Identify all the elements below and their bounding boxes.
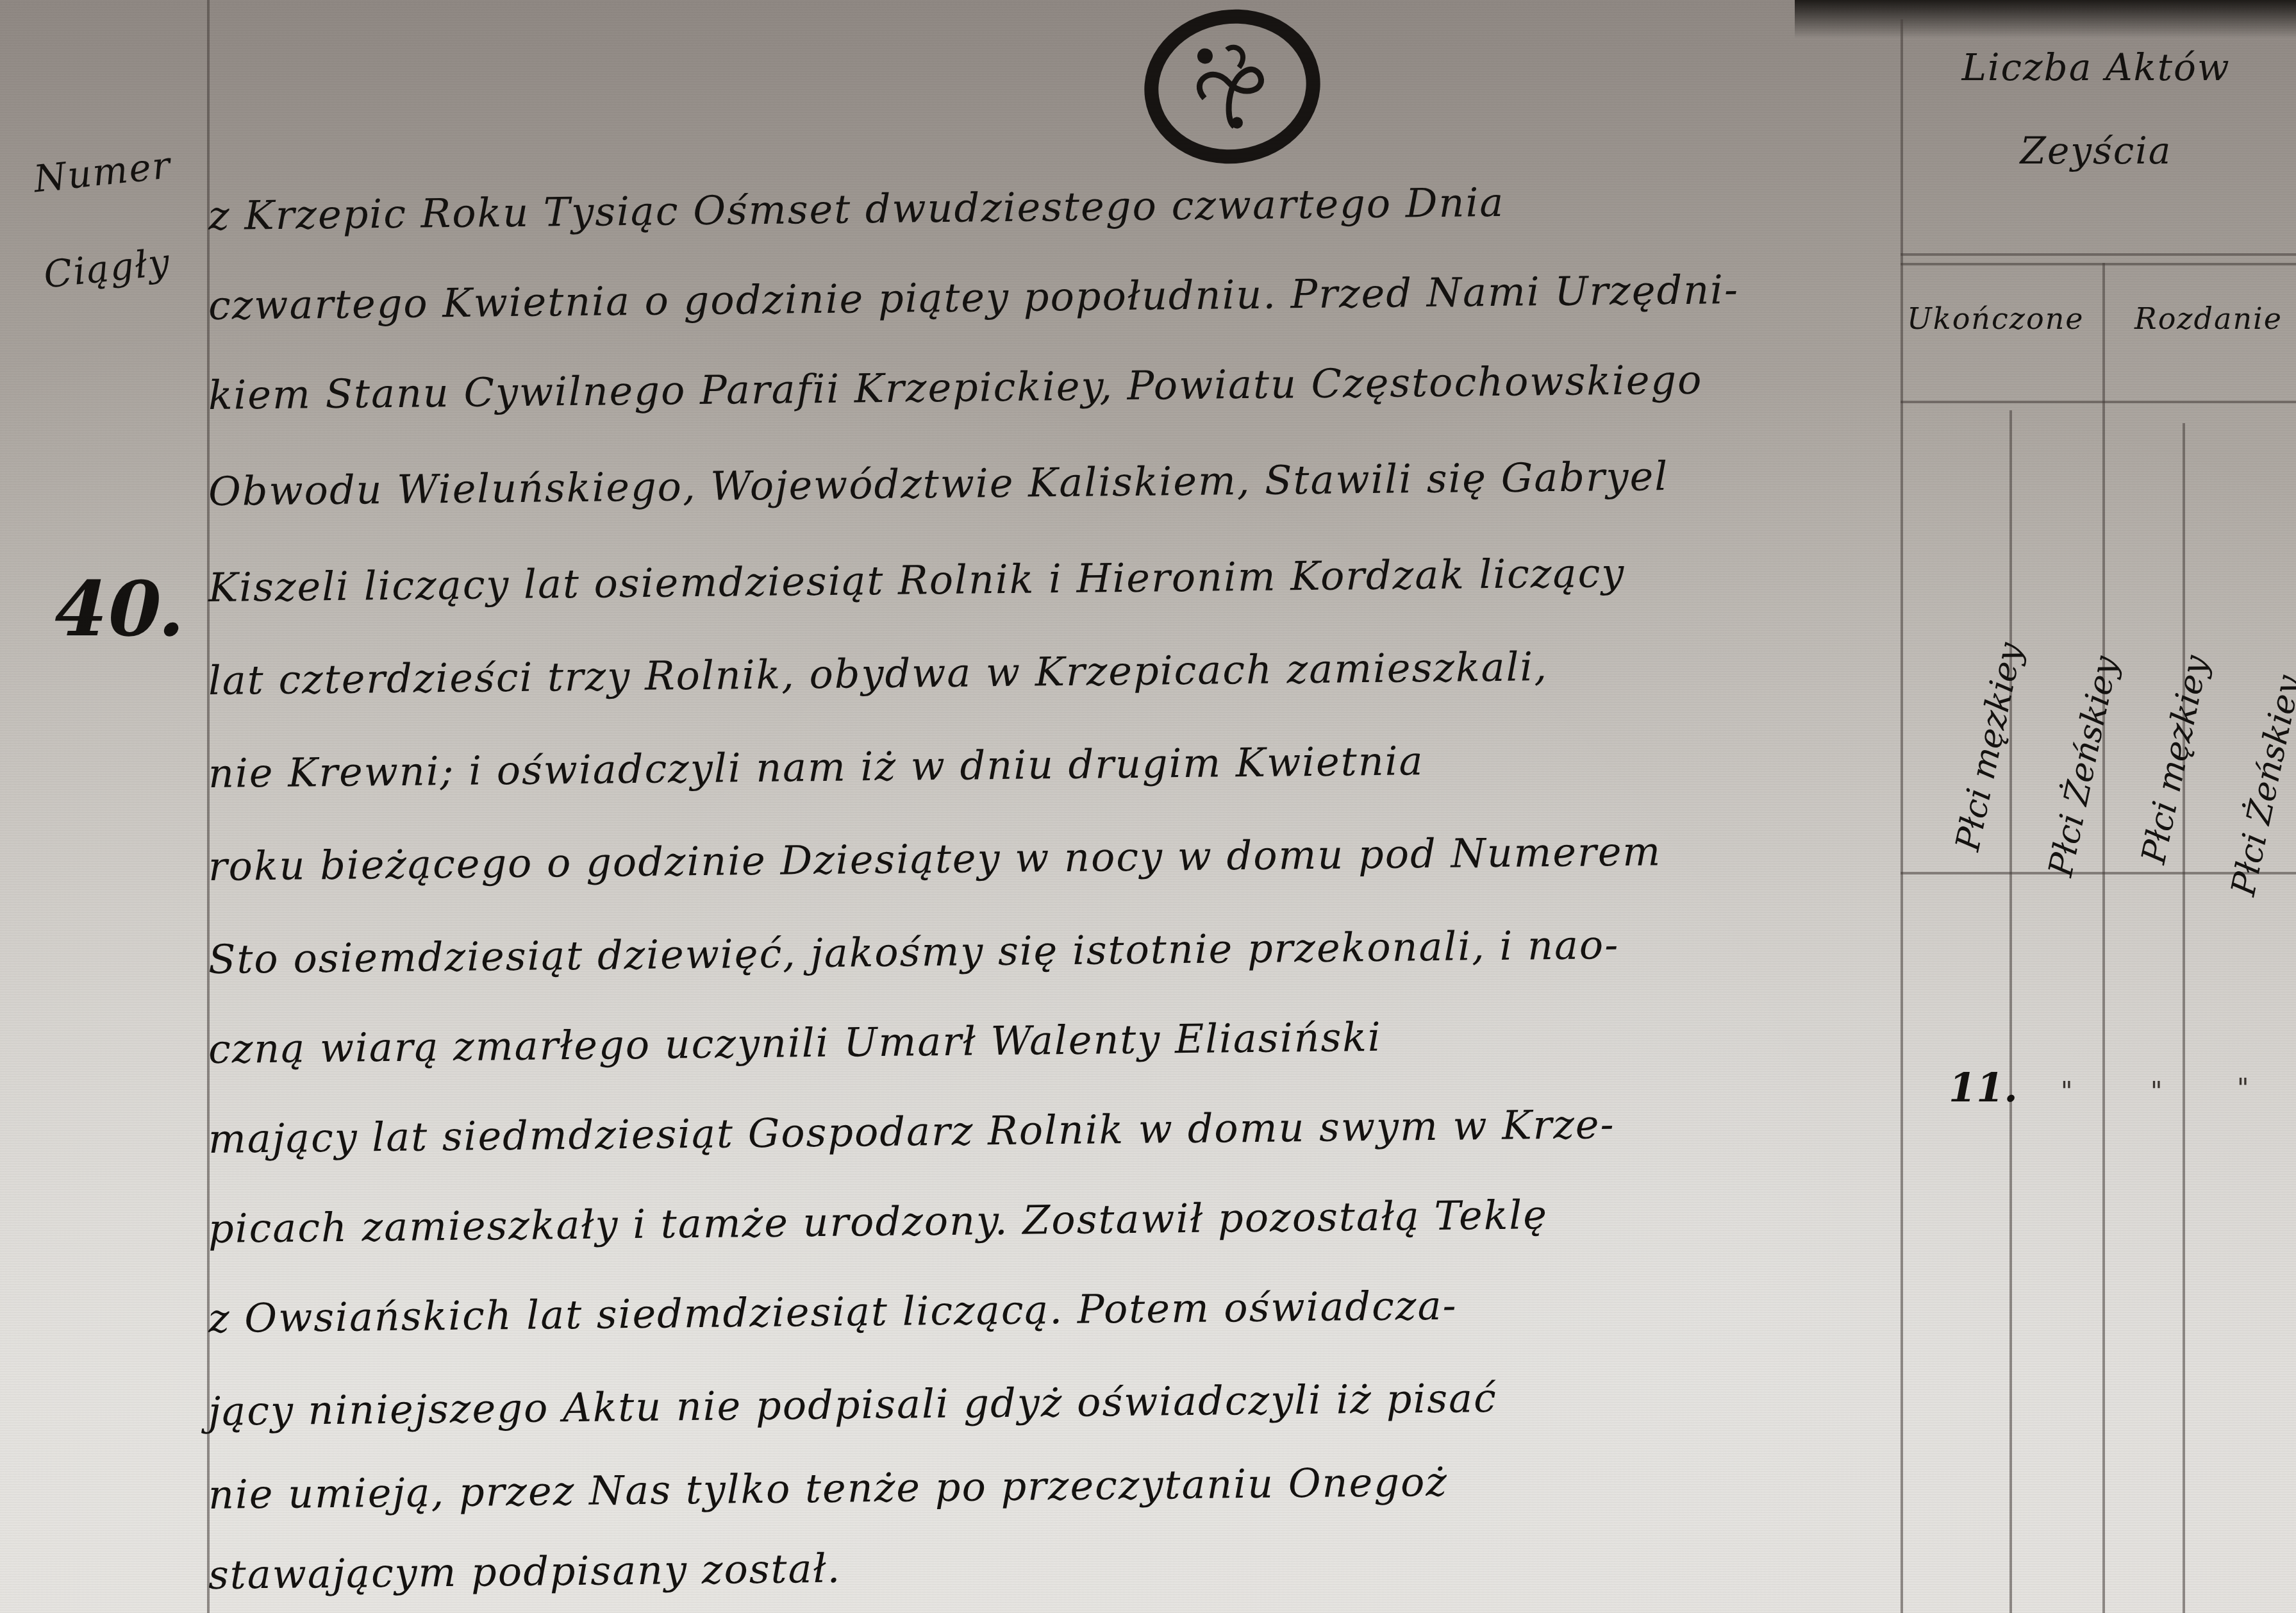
margin-header: Numer Ciągły [29, 115, 208, 322]
ditto-mark-2: " [2150, 1077, 2162, 1107]
body-line-4: Obwodu Wieluńskiego, Województwie Kalisk… [208, 453, 1669, 515]
subheader-left: Ukończone [1907, 301, 2084, 336]
tally-male-count: 11. [1949, 1064, 2018, 1111]
body-line-2: czwartego Kwietnia o godzinie piątey pop… [208, 266, 1740, 329]
ditto-mark-3: " [2237, 1074, 2249, 1103]
entry-number: 40. [45, 564, 199, 653]
right-column-rule [1901, 19, 1903, 1613]
official-seal-icon [1135, 0, 1331, 175]
document-page: Numer Ciągły 40. z Krzepic Roku Tysiąc O… [0, 0, 2296, 1613]
body-line-12: picach zamieszkały i tamże urodzony. Zos… [208, 1191, 1549, 1252]
left-margin-rule [207, 0, 210, 1613]
body-line-10: czną wiarą zmarłego uczynili Umarł Walen… [208, 1014, 1382, 1073]
body-line-14: jący niniejszego Aktu nie podpisali gdyż… [208, 1375, 1498, 1435]
body-line-8: roku bieżącego o godzinie Dziesiątey w n… [208, 828, 1662, 890]
vertical-label-male-2: Płci męzkiey [2134, 652, 2216, 867]
right-column-header: Liczba Aktów Zeyścia [1917, 26, 2275, 192]
body-line-16: stawającym podpisany został. [208, 1545, 842, 1598]
column-rule-2 [2102, 263, 2105, 1613]
vertical-label-male-1: Płci męzkiey [1949, 639, 2030, 854]
margin-header-numer: Numer [29, 115, 198, 227]
body-line-9: Sto osiemdziesiąt dziewięć, jakośmy się … [208, 921, 1620, 983]
vertical-label-female-1: Płci Żeńskiey [2042, 653, 2125, 880]
body-line-7: nie Krewni; i oświadczyli nam iż w dniu … [208, 737, 1424, 797]
subheader-right: Rozdanie [2134, 301, 2283, 336]
column-header-liczba-aktow: Liczba Aktów [1917, 26, 2275, 109]
body-line-5: Kiszeli liczący lat osiemdziesiąt Rolnik… [208, 549, 1626, 611]
body-line-6: lat czterdzieści trzy Rolnik, obydwa w K… [208, 643, 1549, 704]
subheader-rule [1901, 401, 2296, 403]
column-header-zeyscia: Zeyścia [1917, 109, 2275, 192]
column-rule-1 [2009, 410, 2012, 1613]
vertical-label-female-2: Płci Żeńskiey [2224, 672, 2296, 899]
body-line-1: z Krzepic Roku Tysiąc Ośmset dwudziesteg… [208, 179, 1505, 239]
body-line-15: nie umieją, przez Nas tylko tenże po prz… [208, 1458, 1449, 1518]
margin-header-ciagly: Ciągły [39, 210, 208, 322]
body-line-3: kiem Stanu Cywilnego Parafii Krzepickiey… [208, 356, 1703, 419]
body-line-11: mający lat siedmdziesiąt Gospodarz Rolni… [208, 1101, 1615, 1162]
column-header-rule [1901, 253, 2296, 256]
ditto-mark-1: " [2061, 1077, 2072, 1107]
column-header-rule-2 [1901, 263, 2296, 265]
column-rule-3 [2183, 423, 2185, 1613]
body-line-13: z Owsiańskich lat siedmdziesiąt liczącą.… [208, 1282, 1458, 1342]
